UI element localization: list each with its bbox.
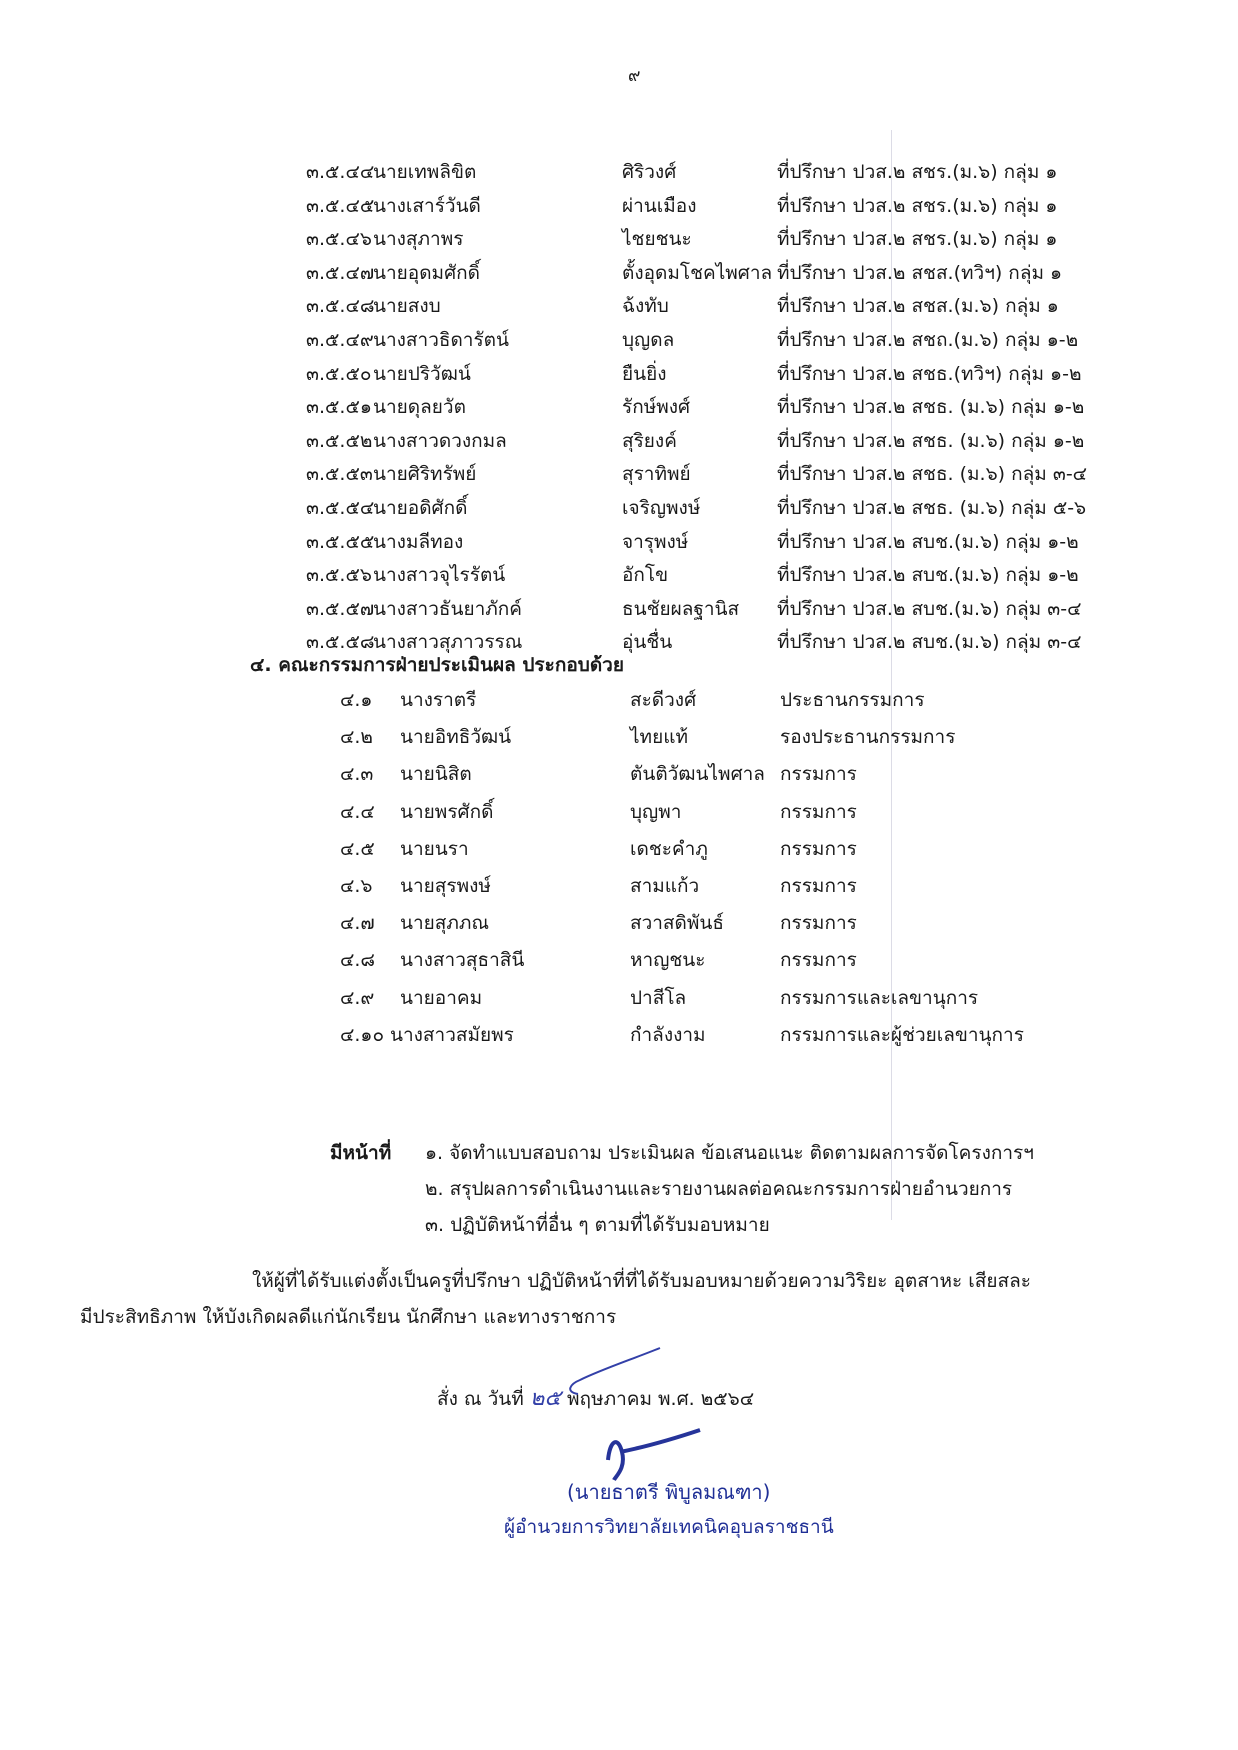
committee-role: รองประธานกรรมการ [780,725,955,749]
committee-number: ๔.๘ [340,948,375,972]
advisor-name: นายสงบ [373,294,441,318]
advisor-surname: อักโข [622,563,668,587]
advisor-role: ที่ปรึกษา ปวส.๒ สบช.(ม.๖) กลุ่ม ๓-๔ [777,630,1081,654]
advisor-role: ที่ปรึกษา ปวส.๒ สชส.(ทวิฯ) กลุ่ม ๑ [777,261,1062,285]
advisor-name: นายปริวัฒน์ [373,362,471,386]
advisor-number: ๓.๕.๕๖ [306,563,372,587]
duty-item: ๒. สรุปผลการดำเนินงานและรายงานผลต่อคณะกร… [425,1174,1012,1204]
committee-role: กรรมการ [780,948,857,972]
advisor-number: ๓.๕.๔๗ [306,261,374,285]
advisor-role: ที่ปรึกษา ปวส.๒ สชร.(ม.๖) กลุ่ม ๑ [777,227,1057,251]
committee-role: กรรมการและผู้ช่วยเลขานุการ [780,1023,1024,1047]
committee-name: นางสาวสุธาสินี [400,948,524,972]
committee-role: กรรมการ [780,874,857,898]
signatory-title: ผู้อำนวยการวิทยาลัยเทคนิคอุบลราชธานี [504,1512,834,1542]
committee-surname: หาญชนะ [630,948,705,972]
closing-paragraph-line-1: ให้ผู้ที่ได้รับแต่งตั้งเป็นครูที่ปรึกษา … [252,1266,1031,1296]
advisor-number: ๓.๕.๔๕ [306,194,374,218]
advisor-name: นายศิริทรัพย์ [373,462,476,486]
committee-name: นายสุรพงษ์ [400,874,491,898]
advisor-name: นางสาวดวงกมล [373,429,507,453]
committee-role: ประธานกรรมการ [780,688,925,712]
committee-role: กรรมการ [780,762,857,786]
advisor-role: ที่ปรึกษา ปวส.๒ สบช.(ม.๖) กลุ่ม ๑-๒ [777,563,1079,587]
section-4-heading: ๔. คณะกรรมการฝ่ายประเมินผล ประกอบด้วย [250,650,624,680]
advisor-name: นางเสาร์วันดี [373,194,481,218]
committee-name: นางราตรี [400,688,476,712]
advisor-role: ที่ปรึกษา ปวส.๒ สชธ. (ม.๖) กลุ่ม ๓-๔ [777,462,1087,486]
advisor-name: นายอดิศักดิ์ [373,496,467,520]
advisor-role: ที่ปรึกษา ปวส.๒ สชธ. (ม.๖) กลุ่ม ๕-๖ [777,496,1086,520]
advisor-role: ที่ปรึกษา ปวส.๒ สชธ. (ม.๖) กลุ่ม ๑-๒ [777,395,1084,419]
advisor-surname: ยืนยิ่ง [622,362,667,386]
closing-paragraph-line-2: มีประสิทธิภาพ ให้บังเกิดผลดีแก่นักเรียน … [80,1302,616,1332]
advisor-number: ๓.๕.๕๕ [306,530,374,554]
advisor-surname: ผ่านเมือง [622,194,697,218]
advisor-number: ๓.๕.๕๐ [306,362,371,386]
advisor-surname: ธนชัยผลฐานิส [622,597,739,621]
committee-role: กรรมการ [780,911,857,935]
committee-name: นายอาคม [400,986,482,1010]
advisor-surname: ฉ้งทับ [622,294,669,318]
duty-item: ๑. จัดทำแบบสอบถาม ประเมินผล ข้อเสนอแนะ ต… [425,1138,1034,1168]
advisor-name: นางสาวธิดารัตน์ [373,328,509,352]
advisor-name: นางสาวธันยาภักค์ [373,597,522,621]
advisor-number: ๓.๕.๔๖ [306,227,372,251]
committee-role: กรรมการและเลขานุการ [780,986,978,1010]
advisor-role: ที่ปรึกษา ปวส.๒ สชถ.(ม.๖) กลุ่ม ๑-๒ [777,328,1078,352]
advisor-role: ที่ปรึกษา ปวส.๒ สชส.(ม.๖) กลุ่ม ๑ [777,294,1059,318]
committee-name: นายนรา [400,837,469,861]
committee-number: ๔.๔ [340,800,375,824]
advisor-number: ๓.๕.๕๑ [306,395,372,419]
advisor-number: ๓.๕.๕๒ [306,429,372,453]
advisor-role: ที่ปรึกษา ปวส.๒ สบช.(ม.๖) กลุ่ม ๑-๒ [777,530,1079,554]
advisor-role: ที่ปรึกษา ปวส.๒ สชร.(ม.๖) กลุ่ม ๑ [777,194,1057,218]
committee-surname: ตันติวัฒนไพศาล [630,762,765,786]
advisor-role: ที่ปรึกษา ปวส.๒ สชธ.(ทวิฯ) กลุ่ม ๑-๒ [777,362,1081,386]
advisor-name: นางมลีทอง [373,530,463,554]
advisor-name: นายเทพลิขิต [373,160,476,184]
committee-surname: ปาสีโล [630,986,686,1010]
advisor-name: นายดุลยวัต [373,395,466,419]
committee-number: ๔.๓ [340,762,373,786]
committee-name: นายสุภภณ [400,911,489,935]
advisor-number: ๓.๕.๕๗ [306,597,374,621]
committee-number: ๔.๑ [340,688,372,712]
advisor-name: นางสาวจุไรรัตน์ [373,563,505,587]
advisor-surname: ศิริวงศ์ [622,160,676,184]
advisor-number: ๓.๕.๕๓ [306,462,373,486]
advisor-surname: อุ่นชื่น [622,630,672,654]
committee-surname: ไทยแท้ [630,725,688,749]
advisor-number: ๓.๕.๕๔ [306,496,374,520]
committee-role: กรรมการ [780,800,857,824]
advisor-surname: เจริญพงษ์ [622,496,700,520]
duty-item: ๓. ปฏิบัติหน้าที่อื่น ๆ ตามที่ได้รับมอบห… [425,1210,770,1240]
advisor-role: ที่ปรึกษา ปวส.๒ สชธ. (ม.๖) กลุ่ม ๑-๒ [777,429,1084,453]
advisor-surname: ตั้งอุดมโชคไพศาล [622,261,772,285]
duties-label: มีหน้าที่ [330,1138,391,1168]
committee-name: นายพรศักดิ์ [400,800,493,824]
advisor-number: ๓.๕.๔๙ [306,328,374,352]
committee-surname: สามแก้ว [630,874,699,898]
committee-number: ๔.๒ [340,725,373,749]
signatory-name: (นายธาตรี พิบูลมณฑา) [567,1476,770,1508]
advisor-name: นางสุภาพร [373,227,463,251]
advisor-surname: ไชยชนะ [622,227,692,251]
committee-number: ๔.๑๐ [340,1023,384,1047]
committee-surname: เดชะคำภู [630,837,708,861]
advisor-role: ที่ปรึกษา ปวส.๒ สชร.(ม.๖) กลุ่ม ๑ [777,160,1057,184]
committee-number: ๔.๙ [340,986,374,1010]
committee-name: นางสาวสมัยพร [390,1023,514,1047]
advisor-surname: จารุพงษ์ [622,530,688,554]
committee-surname: สวาสดิพันธ์ [630,911,724,935]
advisor-name: นายอุดมศักดิ์ [373,261,480,285]
advisor-surname: สุราทิพย์ [622,462,691,486]
committee-name: นายนิสิต [400,762,472,786]
advisor-number: ๓.๕.๔๔ [306,160,374,184]
advisor-surname: บุญดล [622,328,674,352]
committee-surname: บุญพา [630,800,681,824]
advisor-surname: รักษ์พงศ์ [622,395,690,419]
committee-number: ๔.๕ [340,837,375,861]
committee-number: ๔.๖ [340,874,372,898]
advisor-number: ๓.๕.๔๘ [306,294,375,318]
committee-name: นายอิทธิวัฒน์ [400,725,511,749]
committee-surname: กำลังงาม [630,1023,706,1047]
committee-surname: สะดีวงศ์ [630,688,696,712]
advisor-role: ที่ปรึกษา ปวส.๒ สบช.(ม.๖) กลุ่ม ๓-๔ [777,597,1081,621]
page-number: ๙ [628,62,640,89]
advisor-surname: สุริยงค์ [622,429,677,453]
committee-number: ๔.๗ [340,911,375,935]
committee-role: กรรมการ [780,837,857,861]
